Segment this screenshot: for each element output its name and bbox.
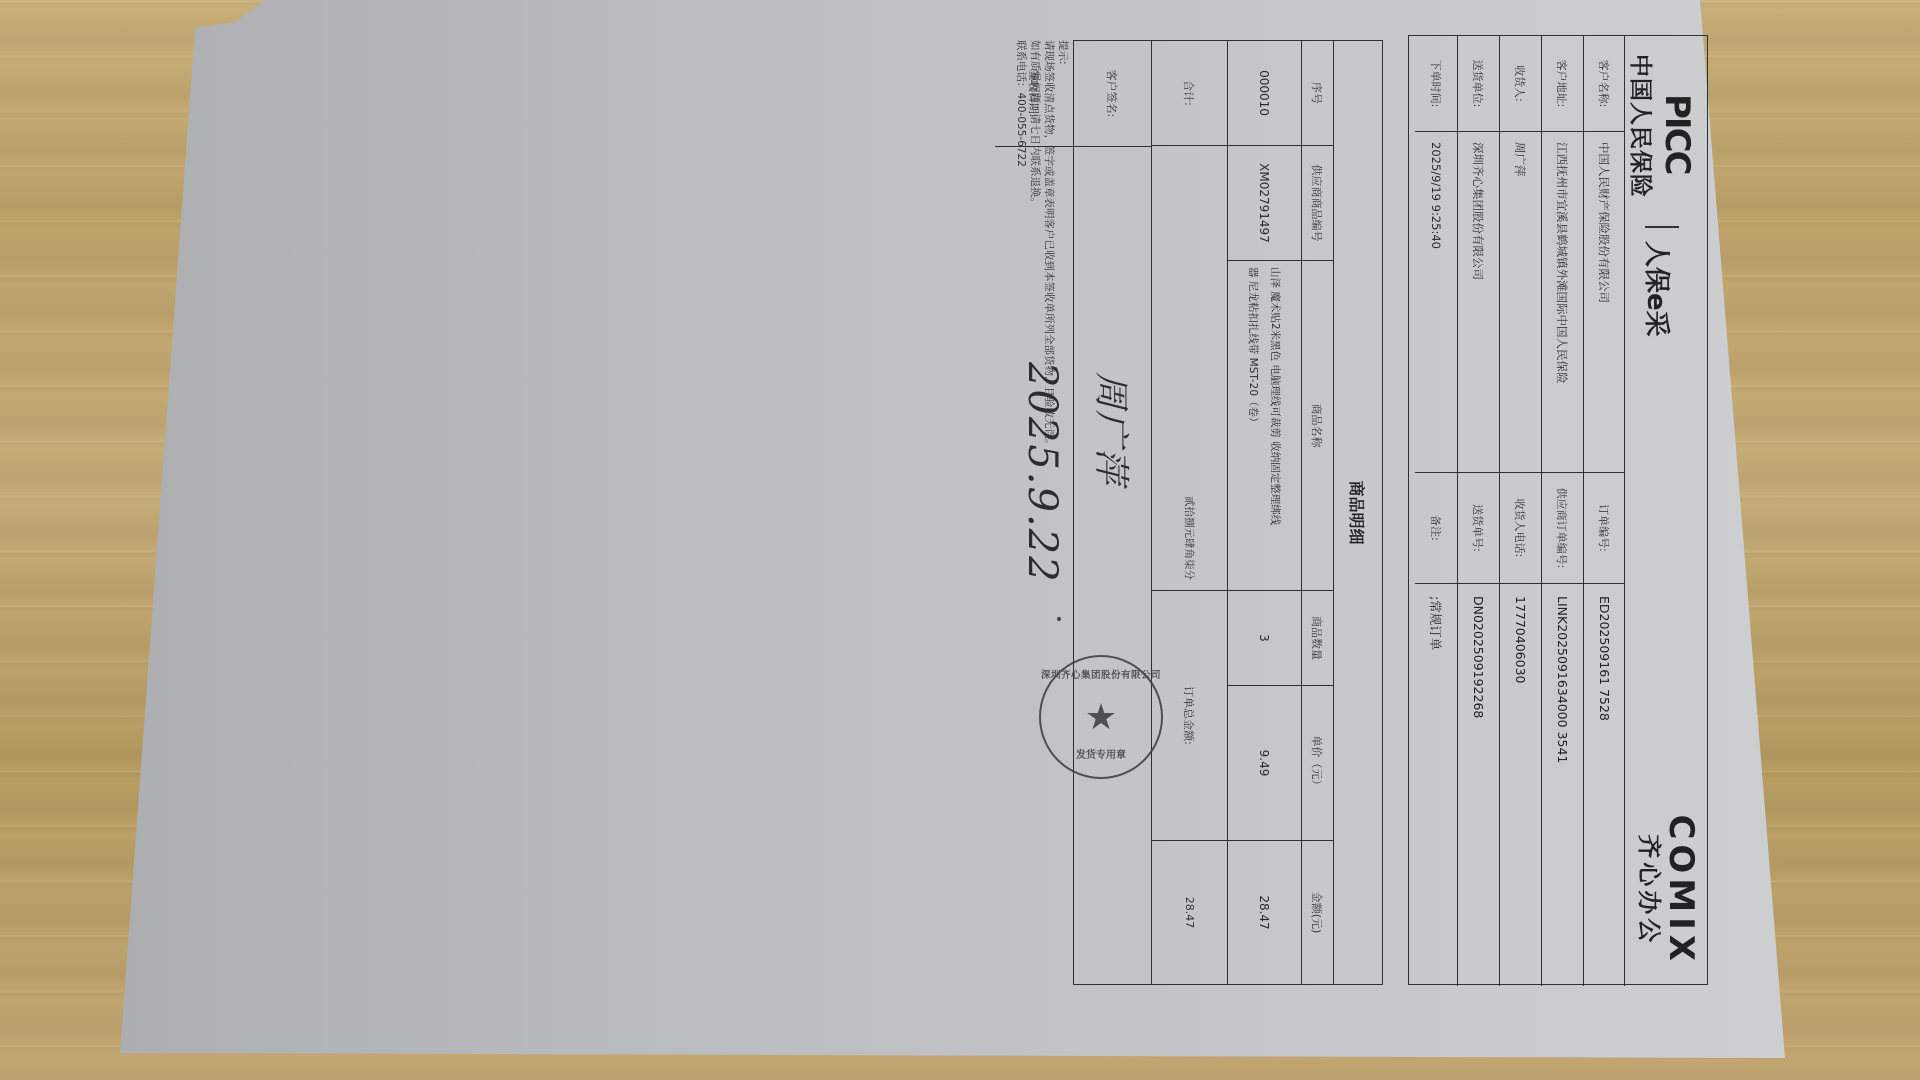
order-time-label: 下单时间: [1415, 36, 1457, 132]
col-unit-price: 单价（元） [1302, 686, 1333, 841]
supplier-order-number-label: 供应商订单编号: [1542, 472, 1583, 584]
order-number-value: ED202509161 7528 [1584, 584, 1625, 986]
row-unit-price: 9.49 [1228, 686, 1301, 841]
customer-address-value: 江西抚州市宜溪县鹤城镇外滩国际中国人民保险 [1542, 132, 1583, 472]
goods-detail-table: 商品明细 序号 供应商商品编号 商品名称 商品数量 单价（元） 金额(元) 00… [1073, 40, 1383, 985]
info-rows: 客户名称: 中国人民财产保险股份有限公司 订单编号: ED202509161 7… [1415, 36, 1625, 986]
picc-name-cn: 中国人民保险 [1626, 54, 1659, 198]
total-label: 合计: [1152, 41, 1227, 146]
order-number-label: 订单编号: [1584, 472, 1625, 584]
recipient-phone-value: 17770406030 [1500, 584, 1541, 986]
remark-label: 备注: [1415, 472, 1457, 584]
table-row: 000010 XM02791497 山泽 魔术贴2米黑色 电脑理线可裁剪 收纳固… [1227, 41, 1301, 984]
info-row: 收货人: 周广萍 收货人电话: 17770406030 [1499, 36, 1541, 986]
notes-line: 如有质量问题，请七日内联系退换。 [1028, 40, 1042, 980]
info-row: 送货单位: 深圳齐心集团股份有限公司 送货单号: DN0202509192268 [1457, 36, 1499, 986]
comix-logo: COMIX 齐心办公 [1635, 814, 1699, 966]
notes-title: 提示: [1056, 40, 1070, 980]
notes-line: 请现场签收清点货物，签字或盖章表明客户已收到本签收单所列全部货物，且验收无误。 [1042, 40, 1056, 980]
customer-name-label: 客户名称: [1584, 36, 1625, 132]
star-icon: ★ [1085, 697, 1117, 738]
recipient-label: 收货人: [1500, 36, 1541, 132]
total-in-words-text: 贰拾捌元肆角柒分 [1182, 496, 1197, 580]
platform-name: 人保e采 [1640, 241, 1677, 337]
total-row: 合计: 贰拾捌元肆角柒分 订单总金额: 28.47 [1151, 41, 1227, 984]
customer-name-value: 中国人民财产保险股份有限公司 [1584, 132, 1625, 472]
picc-logo: PICC [1657, 94, 1697, 173]
col-seq: 序号 [1302, 41, 1333, 146]
col-amount: 金额(元) [1302, 841, 1333, 984]
delivery-company-label: 送货单位: [1458, 36, 1499, 132]
delivery-number-label: 送货单号: [1458, 472, 1499, 584]
info-row: 下单时间: 2025/9/19 9:25:40 备注: ;常规订单 [1415, 36, 1457, 986]
col-qty: 商品数量 [1302, 591, 1333, 686]
remark-value: ;常规订单 [1415, 584, 1457, 986]
signature-area: 周广萍 [1074, 147, 1151, 984]
goods-title: 商品明细 [1333, 41, 1382, 984]
info-row: 客户名称: 中国人民财产保险股份有限公司 订单编号: ED202509161 7… [1583, 36, 1625, 986]
col-sku: 供应商商品编号 [1302, 146, 1333, 261]
delivery-company-value: 深圳齐心集团股份有限公司 [1458, 132, 1499, 472]
row-name-line1: 山泽 魔术贴2米黑色 电脑理线可裁剪 收纳固定整理绑线 [1265, 267, 1287, 525]
customer-address-label: 客户地址: [1542, 36, 1583, 132]
recipient-phone-label: 收货人电话: [1500, 472, 1541, 584]
handwritten-signature: 周广萍 [1088, 372, 1139, 486]
row-seq: 000010 [1228, 41, 1301, 146]
signature-row: 客户签名: 周广萍 [1073, 41, 1151, 984]
goods-header-row: 序号 供应商商品编号 商品名称 商品数量 单价（元） 金额(元) [1301, 41, 1333, 984]
supplier-order-number-value: LINK2025091634000 3541 [1542, 584, 1583, 986]
row-amount: 28.47 [1228, 841, 1301, 984]
delivery-receipt-form: PICC 中国人民保险 人保e采 COMIX 齐心办公 客户名称: 中国人民财产… [1028, 35, 1708, 985]
row-sku: XM02791497 [1228, 146, 1301, 261]
notes-contact: 联系电话：400-055-6722 [1014, 40, 1028, 980]
order-info-table: PICC 中国人民保险 人保e采 COMIX 齐心办公 客户名称: 中国人民财产… [1408, 35, 1708, 985]
order-total-value: 28.47 [1152, 841, 1227, 984]
row-name: 山泽 魔术贴2米黑色 电脑理线可裁剪 收纳固定整理绑线 器 尼龙粘扣扎线带 MS… [1228, 261, 1301, 591]
col-name: 商品名称 [1302, 261, 1333, 591]
logo-row: PICC 中国人民保险 人保e采 COMIX 齐心办公 [1624, 36, 1707, 986]
order-total-label: 订单总金额: [1152, 591, 1227, 841]
row-qty: 3 [1228, 591, 1301, 686]
comix-brand: COMIX [1663, 814, 1699, 966]
row-name-line2: 器 尼龙粘扣扎线带 MST-20（卷） [1243, 267, 1265, 525]
total-in-words: 贰拾捌元肆角柒分 [1152, 146, 1227, 591]
notes-section: 提示: 请现场签收清点货物，签字或盖章表明客户已收到本签收单所列全部货物，且验收… [1014, 40, 1070, 980]
delivery-number-value: DN0202509192268 [1458, 584, 1499, 986]
info-row: 客户地址: 江西抚州市宜溪县鹤城镇外滩国际中国人民保险 供应商订单编号: LIN… [1541, 36, 1583, 986]
logo-divider [1645, 226, 1679, 228]
signature-label: 客户签名: [1074, 41, 1151, 147]
recipient-value: 周广萍 [1500, 132, 1541, 472]
order-time-value: 2025/9/19 9:25:40 [1415, 132, 1457, 472]
comix-name-cn: 齐心办公 [1635, 814, 1663, 966]
